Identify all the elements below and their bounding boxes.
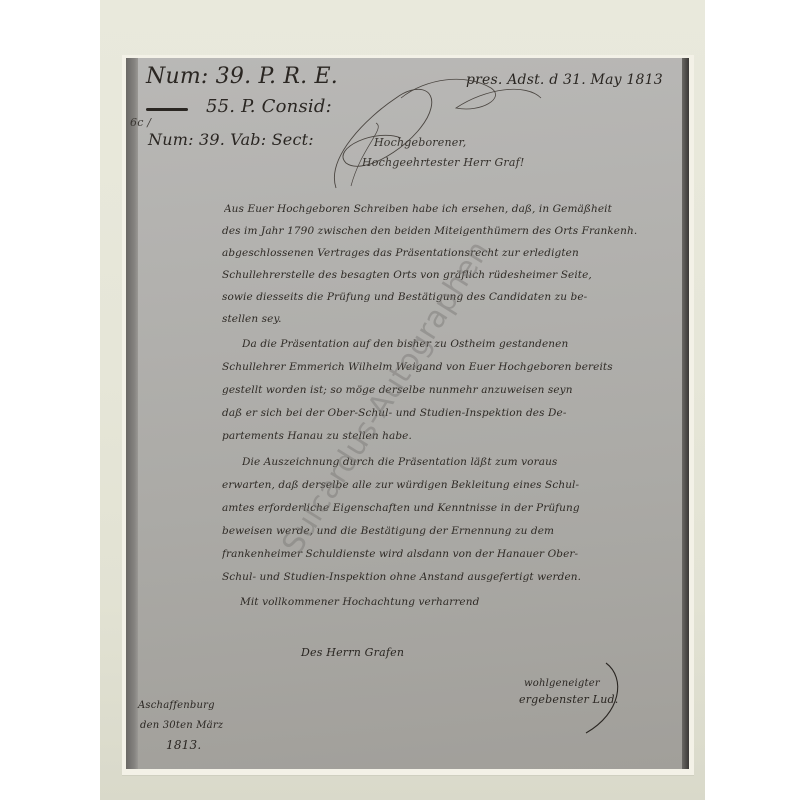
body-line: des im Jahr 1790 zwischen den beiden Mit…	[222, 225, 682, 237]
paper-left-shadow	[126, 58, 138, 769]
body-line: Schullehrerstelle des besagten Orts von …	[222, 269, 682, 281]
photo-stage: Num: 39. P. R. E. 55. P. Consid: 6c / Nu…	[0, 0, 800, 800]
endorsement-date: den 30ten März	[140, 720, 223, 731]
body-line: Schullehrer Emmerich Wilhelm Weigand von…	[222, 361, 682, 373]
body-line: Schul- und Studien-Inspektion ohne Ansta…	[222, 571, 682, 583]
calligraphic-flourish-icon	[306, 68, 546, 198]
body-line: daß er sich bei der Ober-Schul- und Stud…	[222, 407, 682, 419]
body-line: Mit vollkommener Hochachtung verharrend	[240, 596, 689, 608]
body-line: abgeschlossenen Vertrages das Präsentati…	[222, 247, 682, 259]
body-line: sowie diesseits die Prüfung und Bestätig…	[222, 291, 682, 303]
paper-right-shadow	[682, 58, 689, 769]
salutation-line-1: Hochgeborener,	[374, 136, 466, 149]
endorsement-year: 1813.	[166, 738, 201, 752]
salutation-line-2: Hochgeehrtester Herr Graf!	[362, 156, 525, 169]
body-line: erwarten, daß derselbe alle zur würdigen…	[222, 479, 682, 491]
body-line: frankenheimer Schuldienste wird alsdann …	[222, 548, 682, 560]
body-line: gestellt worden ist; so möge derselbe nu…	[222, 384, 682, 396]
body-line: Die Auszeichnung durch die Präsentation …	[242, 456, 689, 468]
closing-phrase: Des Herrn Grafen	[301, 646, 404, 659]
reference-number-3: Num: 39. Vab: Sect:	[148, 130, 314, 149]
signature-flourish-icon	[566, 658, 636, 738]
body-line: partements Hanau zu stellen habe.	[222, 430, 682, 442]
body-line: Aus Euer Hochgeboren Schreiben habe ich …	[224, 203, 684, 215]
body-line: beweisen werde, und die Bestätigung der …	[222, 525, 682, 537]
letter-paper: Num: 39. P. R. E. 55. P. Consid: 6c / Nu…	[126, 58, 689, 769]
reference-dash	[146, 108, 188, 111]
endorsement-place: Aschaffenburg	[138, 700, 215, 711]
margin-mark: 6c /	[130, 116, 151, 129]
body-line: Da die Präsentation auf den bisher zu Os…	[242, 338, 689, 350]
body-line: stellen sey.	[222, 313, 682, 325]
body-line: amtes erforderliche Eigenschaften und Ke…	[222, 502, 682, 514]
